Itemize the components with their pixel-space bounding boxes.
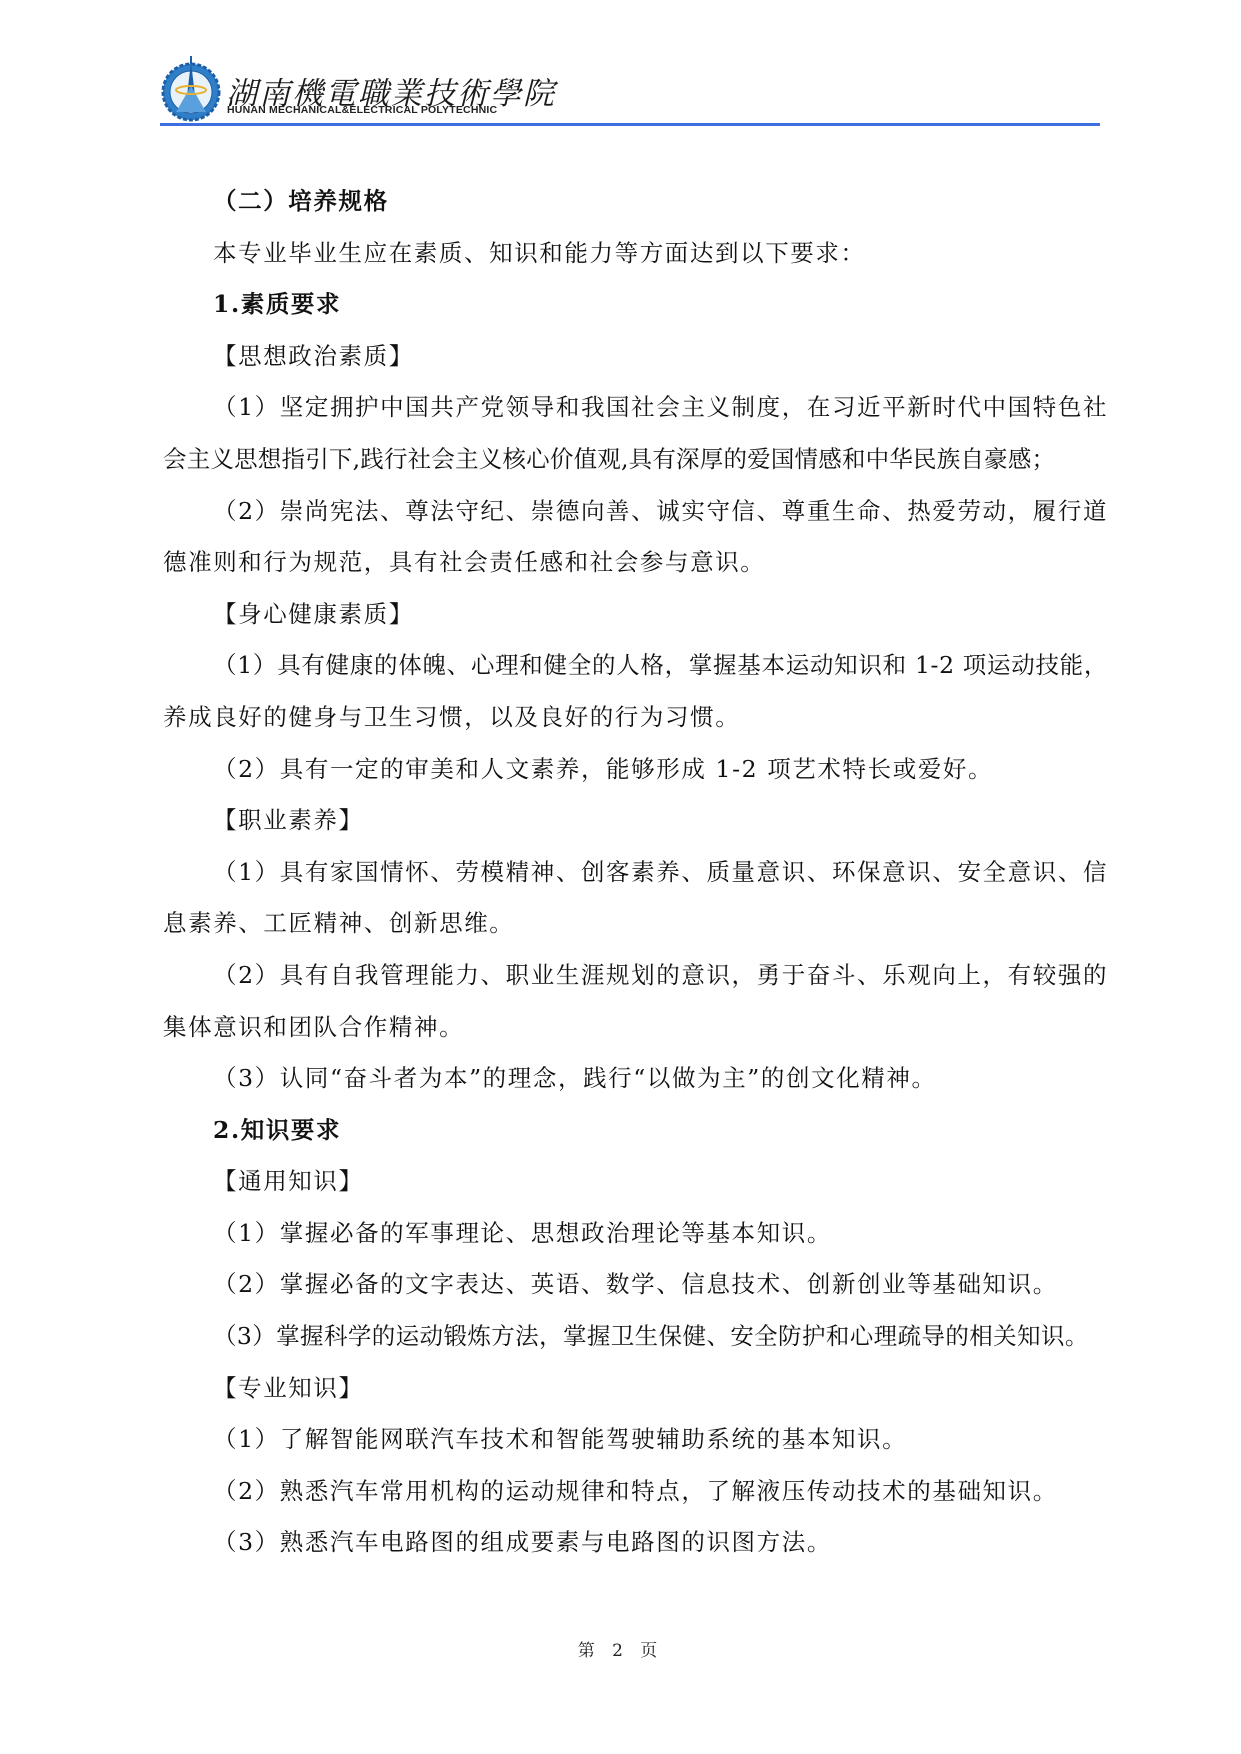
political-item-2-line-1: （2）崇尚宪法、尊法守纪、崇德向善、诚实守信、尊重生命、热爱劳动，履行道 <box>163 486 1108 538</box>
professional-label: 【职业素养】 <box>163 795 1108 847</box>
specialty-knowledge-item-1: （1）了解智能网联汽车技术和智能驾驶辅助系统的基本知识。 <box>163 1414 1108 1466</box>
college-name-english: HUNAN MECHANICAL&ELECTRICAL POLYTECHNIC <box>227 104 497 116</box>
specialty-knowledge-label: 【专业知识】 <box>163 1363 1108 1415</box>
quality-heading: 1.素质要求 <box>163 279 1108 331</box>
specialty-knowledge-item-3: （3）熟悉汽车电路图的组成要素与电路图的识图方法。 <box>163 1517 1108 1569</box>
section-title: （二）培养规格 <box>163 176 1108 228</box>
section-intro: 本专业毕业生应在素质、知识和能力等方面达到以下要求： <box>163 228 1108 280</box>
health-label: 【身心健康素质】 <box>163 589 1108 641</box>
professional-item-2-line-2: 集体意识和团队合作精神。 <box>163 1002 1108 1054</box>
general-knowledge-item-1: （1）掌握必备的军事理论、思想政治理论等基本知识。 <box>163 1208 1108 1260</box>
professional-item-3: （3）认同“奋斗者为本”的理念，践行“以做为主”的创文化精神。 <box>163 1053 1108 1105</box>
college-logo-icon <box>160 56 222 122</box>
health-item-1-line-1: （1）具有健康的体魄、心理和健全的人格，掌握基本运动知识和 1-2 项运动技能， <box>163 640 1108 692</box>
general-knowledge-item-3: （3）掌握科学的运动锻炼方法，掌握卫生保健、安全防护和心理疏导的相关知识。 <box>163 1311 1108 1363</box>
professional-item-1-line-2: 息素养、工匠精神、创新思维。 <box>163 898 1108 950</box>
health-item-2: （2）具有一定的审美和人文素养，能够形成 1-2 项艺术特长或爱好。 <box>163 744 1108 796</box>
header-divider <box>160 123 1100 126</box>
knowledge-heading: 2.知识要求 <box>163 1105 1108 1157</box>
specialty-knowledge-item-2: （2）熟悉汽车常用机构的运动规律和特点，了解液压传动技术的基础知识。 <box>163 1466 1108 1518</box>
political-item-1-line-1: （1）坚定拥护中国共产党领导和我国社会主义制度，在习近平新时代中国特色社 <box>163 382 1108 434</box>
document-header: 湖南機電職業技術學院 HUNAN MECHANICAL&ELECTRICAL P… <box>160 52 1100 128</box>
document-body: （二）培养规格 本专业毕业生应在素质、知识和能力等方面达到以下要求： 1.素质要… <box>163 176 1108 1569</box>
general-knowledge-item-2: （2）掌握必备的文字表达、英语、数学、信息技术、创新创业等基础知识。 <box>163 1259 1108 1311</box>
political-item-2-line-2: 德准则和行为规范，具有社会责任感和社会参与意识。 <box>163 537 1108 589</box>
political-item-1-line-2: 会主义思想指引下,践行社会主义核心价值观,具有深厚的爱国情感和中华民族自豪感； <box>163 434 1108 486</box>
general-knowledge-label: 【通用知识】 <box>163 1156 1108 1208</box>
political-label: 【思想政治素质】 <box>163 331 1108 383</box>
professional-item-1-line-1: （1）具有家国情怀、劳模精神、创客素养、质量意识、环保意识、安全意识、信 <box>163 847 1108 899</box>
health-item-1-line-2: 养成良好的健身与卫生习惯，以及良好的行为习惯。 <box>163 692 1108 744</box>
professional-item-2-line-1: （2）具有自我管理能力、职业生涯规划的意识，勇于奋斗、乐观向上，有较强的 <box>163 950 1108 1002</box>
page-number: 第 2 页 <box>0 1636 1241 1661</box>
